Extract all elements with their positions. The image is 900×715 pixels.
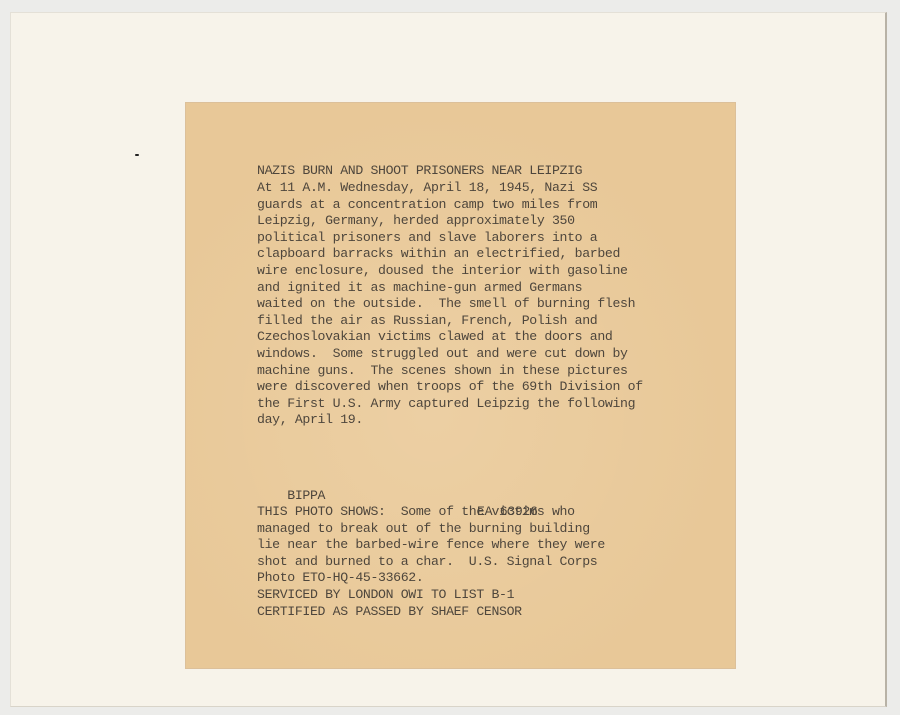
body-line: guards at a concentration camp two miles…	[257, 197, 643, 214]
headline: NAZIS BURN AND SHOOT PRISONERS NEAR LEIP…	[257, 163, 582, 180]
body-line: waited on the outside. The smell of burn…	[257, 296, 643, 313]
body-line: windows. Some struggled out and were cut…	[257, 346, 643, 363]
body-line: clapboard barracks within an electrified…	[257, 246, 643, 263]
body-line: day, April 19.	[257, 412, 643, 429]
caption-line: lie near the barbed-wire fence where the…	[257, 537, 605, 554]
body-text: At 11 A.M. Wednesday, April 18, 1945, Na…	[257, 180, 643, 429]
caption-line: managed to break out of the burning buil…	[257, 521, 605, 538]
body-line: wire enclosure, doused the interior with…	[257, 263, 643, 280]
caption-line: CERTIFIED AS PASSED BY SHAEF CENSOR	[257, 604, 605, 621]
body-line: machine guns. The scenes shown in these …	[257, 363, 643, 380]
caption-line: THIS PHOTO SHOWS: Some of the victims wh…	[257, 504, 605, 521]
caption-line: shot and burned to a char. U.S. Signal C…	[257, 554, 605, 571]
body-line: the First U.S. Army captured Leipzig the…	[257, 396, 643, 413]
agency-code: BIPPA	[287, 488, 325, 503]
caption-line: SERVICED BY LONDON OWI TO LIST B-1	[257, 587, 605, 604]
body-line: Czechoslovakian victims clawed at the do…	[257, 329, 643, 346]
photo-caption: THIS PHOTO SHOWS: Some of the victims wh…	[257, 504, 605, 620]
paper-speck	[135, 154, 139, 156]
caption-label: NAZIS BURN AND SHOOT PRISONERS NEAR LEIP…	[186, 103, 735, 668]
body-line: filled the air as Russian, French, Polis…	[257, 313, 643, 330]
body-line: were discovered when troops of the 69th …	[257, 379, 643, 396]
body-line: At 11 A.M. Wednesday, April 18, 1945, Na…	[257, 180, 643, 197]
caption-line: Photo ETO-HQ-45-33662.	[257, 570, 605, 587]
body-line: political prisoners and slave laborers i…	[257, 230, 643, 247]
body-line: Leipzig, Germany, herded approximately 3…	[257, 213, 643, 230]
body-line: and ignited it as machine-gun armed Germ…	[257, 280, 643, 297]
